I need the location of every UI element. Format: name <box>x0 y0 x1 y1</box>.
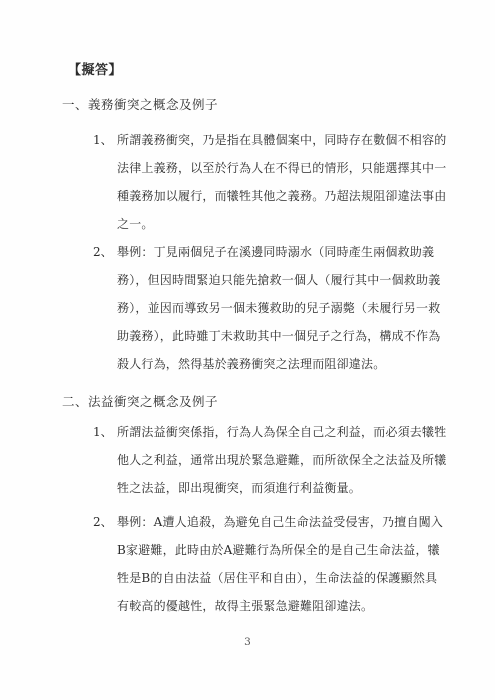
page-number: 3 <box>50 632 445 652</box>
page-title: 【擬答】 <box>68 57 445 85</box>
list-item: 2、 舉例：丁見兩個兒子在溪邊同時溺水（同時產生兩個救助義 務），但因時間緊迫只… <box>93 238 445 378</box>
section-heading-1: 一、義務衝突之概念及例子 <box>62 91 445 119</box>
item-text: 所謂法益衝突係指，行為人為保全自己之利益，而必須去犧牲 他人之利益，通常出現於緊… <box>117 418 446 502</box>
text-line: 務），但因時間緊迫只能先搶救一個人（履行其中一個救助義 <box>117 266 445 294</box>
item-number: 1、 <box>93 126 117 238</box>
text-line: 務），並因而導致另一個未獲救助的兒子溺斃（未履行另一救 <box>117 294 445 322</box>
list-item: 2、 舉例：A遭人追殺，為避免自己生命法益受侵害，乃擅自闖入 B家避難，此時由於… <box>93 508 445 620</box>
section-heading-2: 二、法益衝突之概念及例子 <box>62 388 445 416</box>
item-number: 2、 <box>93 508 117 620</box>
text-line: 所謂義務衝突，乃是指在具體個案中，同時存在數個不相容的 <box>117 126 446 154</box>
item-text: 舉例：A遭人追殺，為避免自己生命法益受侵害，乃擅自闖入 B家避難，此時由於A避難… <box>117 508 445 620</box>
text-line: 牲是B的自由法益（居住平和自由），生命法益的保護顯然具 <box>117 564 445 592</box>
list-item: 1、 所謂法益衝突係指，行為人為保全自己之利益，而必須去犧牲 他人之利益，通常出… <box>93 418 445 502</box>
item-text: 所謂義務衝突，乃是指在具體個案中，同時存在數個不相容的 法律上義務，以至於行為人… <box>117 126 446 238</box>
text-line: 舉例：A遭人追殺，為避免自己生命法益受侵害，乃擅自闖入 <box>117 508 445 536</box>
text-line: 之一。 <box>117 210 446 238</box>
text-line: 他人之利益，通常出現於緊急避難，而所欲保全之法益及所犧 <box>117 446 446 474</box>
text-line: 所謂法益衝突係指，行為人為保全自己之利益，而必須去犧牲 <box>117 418 446 446</box>
text-line: 舉例：丁見兩個兒子在溪邊同時溺水（同時產生兩個救助義 <box>117 238 445 266</box>
item-number: 1、 <box>93 418 117 502</box>
item-number: 2、 <box>93 238 117 378</box>
text-line: 法律上義務，以至於行為人在不得已的情形，只能選擇其中一 <box>117 154 446 182</box>
text-line: 助義務），此時雖丁未救助其中一個兒子之行為，構成不作為 <box>117 322 445 350</box>
text-line: B家避難，此時由於A避難行為所保全的是自己生命法益，犧 <box>117 536 445 564</box>
list-item: 1、 所謂義務衝突，乃是指在具體個案中，同時存在數個不相容的 法律上義務，以至於… <box>93 126 445 238</box>
item-text: 舉例：丁見兩個兒子在溪邊同時溺水（同時產生兩個救助義 務），但因時間緊迫只能先搶… <box>117 238 445 378</box>
document-page: 【擬答】 一、義務衝突之概念及例子 1、 所謂義務衝突，乃是指在具體個案中，同時… <box>0 0 495 700</box>
text-line: 殺人行為，然得基於義務衝突之法理而阻卻違法。 <box>117 350 445 378</box>
text-line: 種義務加以履行，而犧牲其他之義務。乃超法規阻卻違法事由 <box>117 182 446 210</box>
text-line: 有較高的優越性，故得主張緊急避難阻卻違法。 <box>117 592 445 620</box>
text-line: 牲之法益，即出現衝突，而須進行利益衡量。 <box>117 474 446 502</box>
